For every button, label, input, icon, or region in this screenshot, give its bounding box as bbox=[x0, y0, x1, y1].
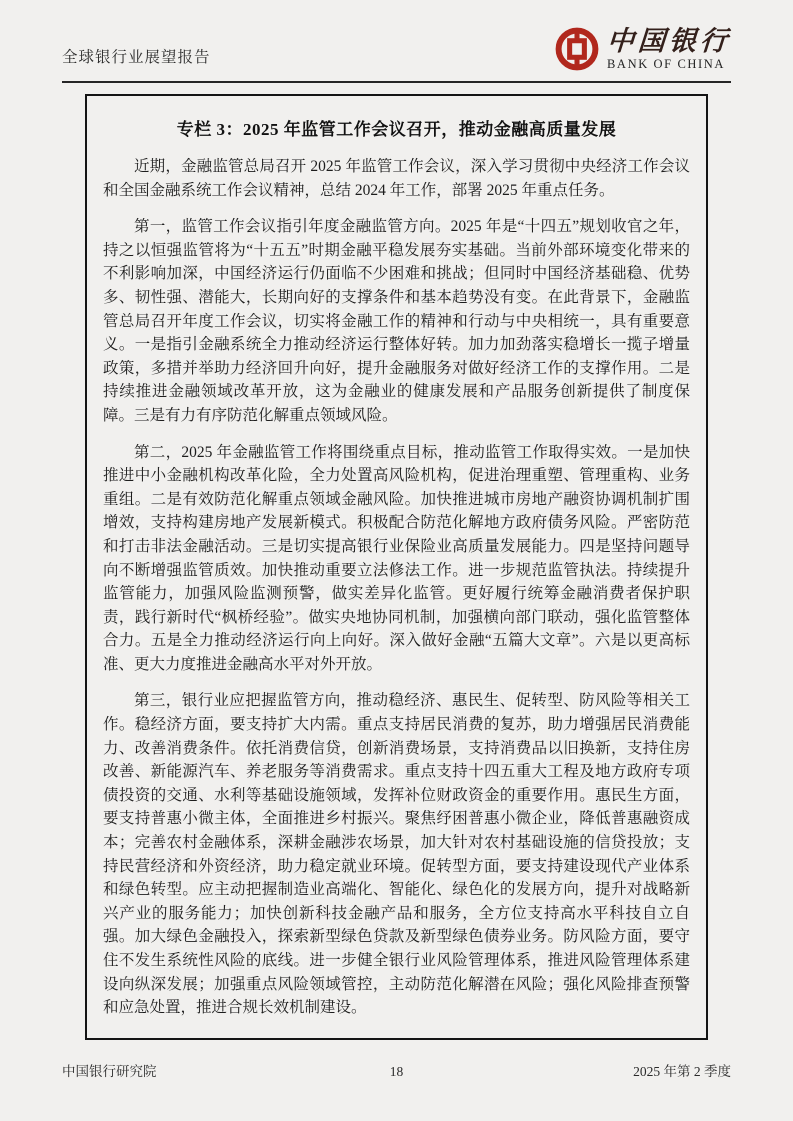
column-3-box: 专栏 3：2025 年监管工作会议召开，推动金融高质量发展 近期，金融监管总局召… bbox=[85, 94, 708, 1040]
footer-institute: 中国银行研究院 bbox=[62, 1060, 390, 1080]
boc-coin-emblem-icon bbox=[554, 26, 600, 72]
boc-logo-text: 中国银行 BANK OF CHINA bbox=[607, 28, 731, 71]
box-paragraph-third: 第三，银行业应把握监管方向，推动稳经济、惠民生、促转型、防风险等相关工作。稳经济… bbox=[103, 689, 690, 1019]
document-page: 全球银行业展望报告 中国银行 BANK OF CHINA 专栏 3：2025 年… bbox=[0, 0, 793, 1121]
page-header: 全球银行业展望报告 中国银行 BANK OF CHINA bbox=[62, 20, 731, 78]
bank-of-china-logo: 中国银行 BANK OF CHINA bbox=[554, 26, 731, 72]
header-divider bbox=[62, 81, 731, 83]
report-title: 全球银行业展望报告 bbox=[62, 31, 211, 67]
column-box-title: 专栏 3：2025 年监管工作会议召开，推动金融高质量发展 bbox=[103, 115, 690, 140]
column-box-body: 近期，金融监管总局召开 2025 年监管工作会议，深入学习贯彻中央经济工作会议和… bbox=[103, 155, 690, 1020]
box-paragraph-first: 第一，监管工作会议指引年度金融监管方向。2025 年是“十四五”规划收官之年，持… bbox=[103, 215, 690, 427]
box-paragraph-second: 第二，2025 年金融监管工作将围绕重点目标，推动监管工作取得实效。一是加快推进… bbox=[103, 441, 690, 677]
boc-logo-chinese-name: 中国银行 bbox=[606, 28, 732, 55]
boc-logo-english-name: BANK OF CHINA bbox=[607, 58, 725, 71]
page-footer: 中国银行研究院 18 2025 年第 2 季度 bbox=[62, 1060, 731, 1080]
box-paragraph-intro: 近期，金融监管总局召开 2025 年监管工作会议，深入学习贯彻中央经济工作会议和… bbox=[103, 155, 690, 202]
footer-page-number: 18 bbox=[390, 1064, 404, 1080]
footer-issue: 2025 年第 2 季度 bbox=[403, 1060, 731, 1080]
